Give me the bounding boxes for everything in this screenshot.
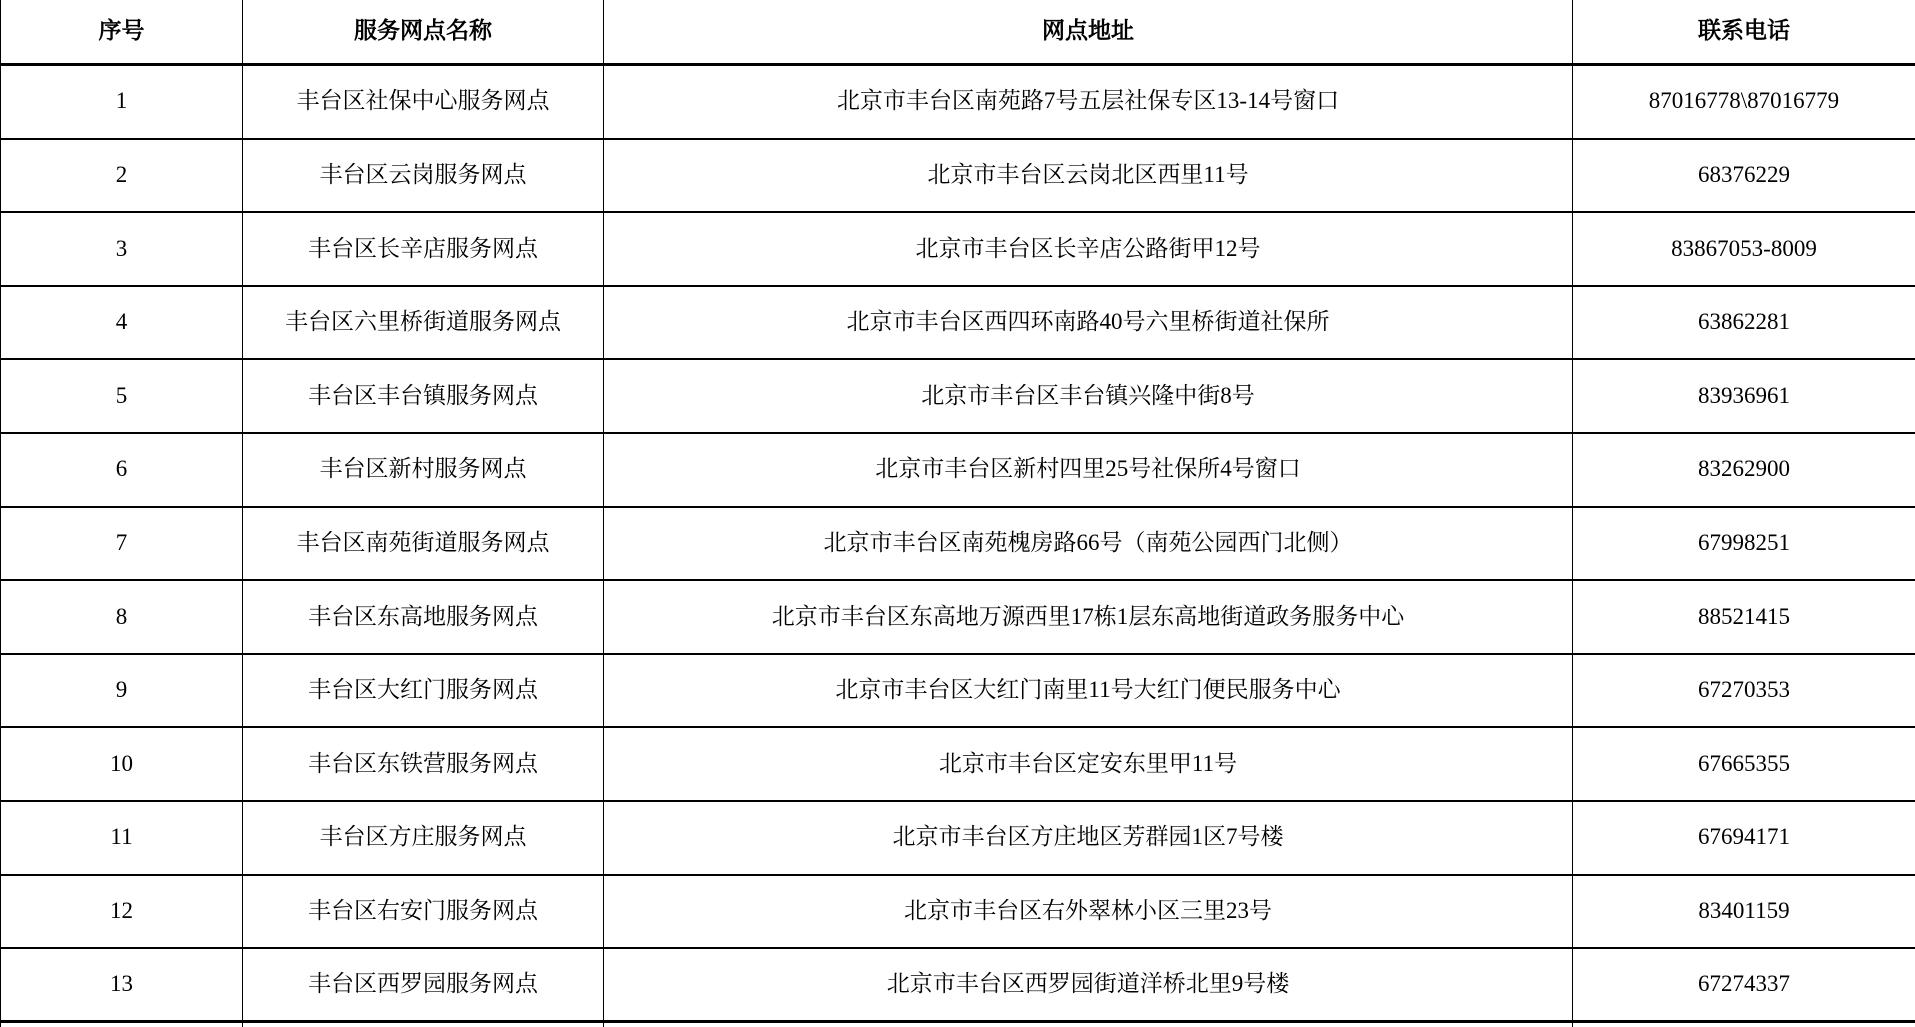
cell-address: 北京市丰台区长辛店公路街甲12号 [604, 213, 1573, 285]
cell-index: 13 [1, 949, 243, 1020]
cell-name: 丰台区长辛店服务网点 [243, 213, 604, 285]
cell-phone: 83936961 [1573, 360, 1915, 432]
cell-phone: 67274337 [1573, 949, 1915, 1020]
cell-index: 11 [1, 802, 243, 874]
cell-phone: 83262900 [1573, 434, 1915, 506]
cell-address: 北京市丰台区定安东里甲11号 [604, 728, 1573, 800]
cell-index: 6 [1, 434, 243, 506]
cell-name: 丰台区丰台镇服务网点 [243, 360, 604, 432]
column-header-name: 服务网点名称 [243, 0, 604, 63]
cell-phone: 83401159 [1573, 876, 1915, 948]
cell-phone: 87016778\87016779 [1573, 66, 1915, 138]
cell-index: 3 [1, 213, 243, 285]
cell-name: 丰台区东铁营服务网点 [243, 728, 604, 800]
cell-name: 丰台区南苑街道服务网点 [243, 508, 604, 580]
table-row: 7丰台区南苑街道服务网点北京市丰台区南苑槐房路66号（南苑公园西门北侧）6799… [1, 508, 1915, 582]
table-partial-row [1, 1023, 1915, 1027]
partial-cell [604, 1023, 1573, 1027]
cell-name: 丰台区右安门服务网点 [243, 876, 604, 948]
table-row: 9丰台区大红门服务网点北京市丰台区大红门南里11号大红门便民服务中心672703… [1, 655, 1915, 729]
column-header-phone: 联系电话 [1573, 0, 1915, 63]
cell-name: 丰台区社保中心服务网点 [243, 66, 604, 138]
table-row: 12丰台区右安门服务网点北京市丰台区右外翠林小区三里23号83401159 [1, 876, 1915, 950]
cell-address: 北京市丰台区方庄地区芳群园1区7号楼 [604, 802, 1573, 874]
cell-address: 北京市丰台区西罗园街道洋桥北里9号楼 [604, 949, 1573, 1020]
cell-phone: 67694171 [1573, 802, 1915, 874]
table-body: 1丰台区社保中心服务网点北京市丰台区南苑路7号五层社保专区13-14号窗口870… [1, 66, 1915, 1023]
table-row: 6丰台区新村服务网点北京市丰台区新村四里25号社保所4号窗口83262900 [1, 434, 1915, 508]
service-locations-table: 序号 服务网点名称 网点地址 联系电话 1丰台区社保中心服务网点北京市丰台区南苑… [0, 0, 1915, 1027]
cell-index: 12 [1, 876, 243, 948]
cell-phone: 88521415 [1573, 581, 1915, 653]
cell-address: 北京市丰台区南苑槐房路66号（南苑公园西门北侧） [604, 508, 1573, 580]
cell-index: 7 [1, 508, 243, 580]
cell-address: 北京市丰台区大红门南里11号大红门便民服务中心 [604, 655, 1573, 727]
cell-index: 5 [1, 360, 243, 432]
cell-phone: 83867053-8009 [1573, 213, 1915, 285]
cell-name: 丰台区东高地服务网点 [243, 581, 604, 653]
cell-phone: 67270353 [1573, 655, 1915, 727]
cell-address: 北京市丰台区丰台镇兴隆中街8号 [604, 360, 1573, 432]
cell-name: 丰台区大红门服务网点 [243, 655, 604, 727]
cell-name: 丰台区西罗园服务网点 [243, 949, 604, 1020]
cell-address: 北京市丰台区云岗北区西里11号 [604, 140, 1573, 212]
table-header-row: 序号 服务网点名称 网点地址 联系电话 [1, 0, 1915, 66]
cell-index: 1 [1, 66, 243, 138]
partial-cell [1, 1023, 243, 1027]
cell-address: 北京市丰台区南苑路7号五层社保专区13-14号窗口 [604, 66, 1573, 138]
table-row: 4丰台区六里桥街道服务网点北京市丰台区西四环南路40号六里桥街道社保所63862… [1, 287, 1915, 361]
table-row: 5丰台区丰台镇服务网点北京市丰台区丰台镇兴隆中街8号83936961 [1, 360, 1915, 434]
table-row: 13丰台区西罗园服务网点北京市丰台区西罗园街道洋桥北里9号楼67274337 [1, 949, 1915, 1023]
cell-phone: 67665355 [1573, 728, 1915, 800]
cell-address: 北京市丰台区西四环南路40号六里桥街道社保所 [604, 287, 1573, 359]
cell-name: 丰台区新村服务网点 [243, 434, 604, 506]
table-row: 1丰台区社保中心服务网点北京市丰台区南苑路7号五层社保专区13-14号窗口870… [1, 66, 1915, 140]
cell-phone: 63862281 [1573, 287, 1915, 359]
cell-address: 北京市丰台区新村四里25号社保所4号窗口 [604, 434, 1573, 506]
cell-name: 丰台区云岗服务网点 [243, 140, 604, 212]
cell-address: 北京市丰台区东高地万源西里17栋1层东高地街道政务服务中心 [604, 581, 1573, 653]
table-row: 8丰台区东高地服务网点北京市丰台区东高地万源西里17栋1层东高地街道政务服务中心… [1, 581, 1915, 655]
cell-name: 丰台区六里桥街道服务网点 [243, 287, 604, 359]
table-row: 10丰台区东铁营服务网点北京市丰台区定安东里甲11号67665355 [1, 728, 1915, 802]
cell-index: 9 [1, 655, 243, 727]
partial-cell [1573, 1023, 1915, 1027]
cell-phone: 68376229 [1573, 140, 1915, 212]
cell-address: 北京市丰台区右外翠林小区三里23号 [604, 876, 1573, 948]
column-header-address: 网点地址 [604, 0, 1573, 63]
cell-name: 丰台区方庄服务网点 [243, 802, 604, 874]
table-row: 3丰台区长辛店服务网点北京市丰台区长辛店公路街甲12号83867053-8009 [1, 213, 1915, 287]
table-row: 2丰台区云岗服务网点北京市丰台区云岗北区西里11号68376229 [1, 140, 1915, 214]
cell-index: 8 [1, 581, 243, 653]
column-header-index: 序号 [1, 0, 243, 63]
cell-index: 4 [1, 287, 243, 359]
cell-index: 10 [1, 728, 243, 800]
cell-phone: 67998251 [1573, 508, 1915, 580]
table-row: 11丰台区方庄服务网点北京市丰台区方庄地区芳群园1区7号楼67694171 [1, 802, 1915, 876]
cell-index: 2 [1, 140, 243, 212]
partial-cell [243, 1023, 604, 1027]
